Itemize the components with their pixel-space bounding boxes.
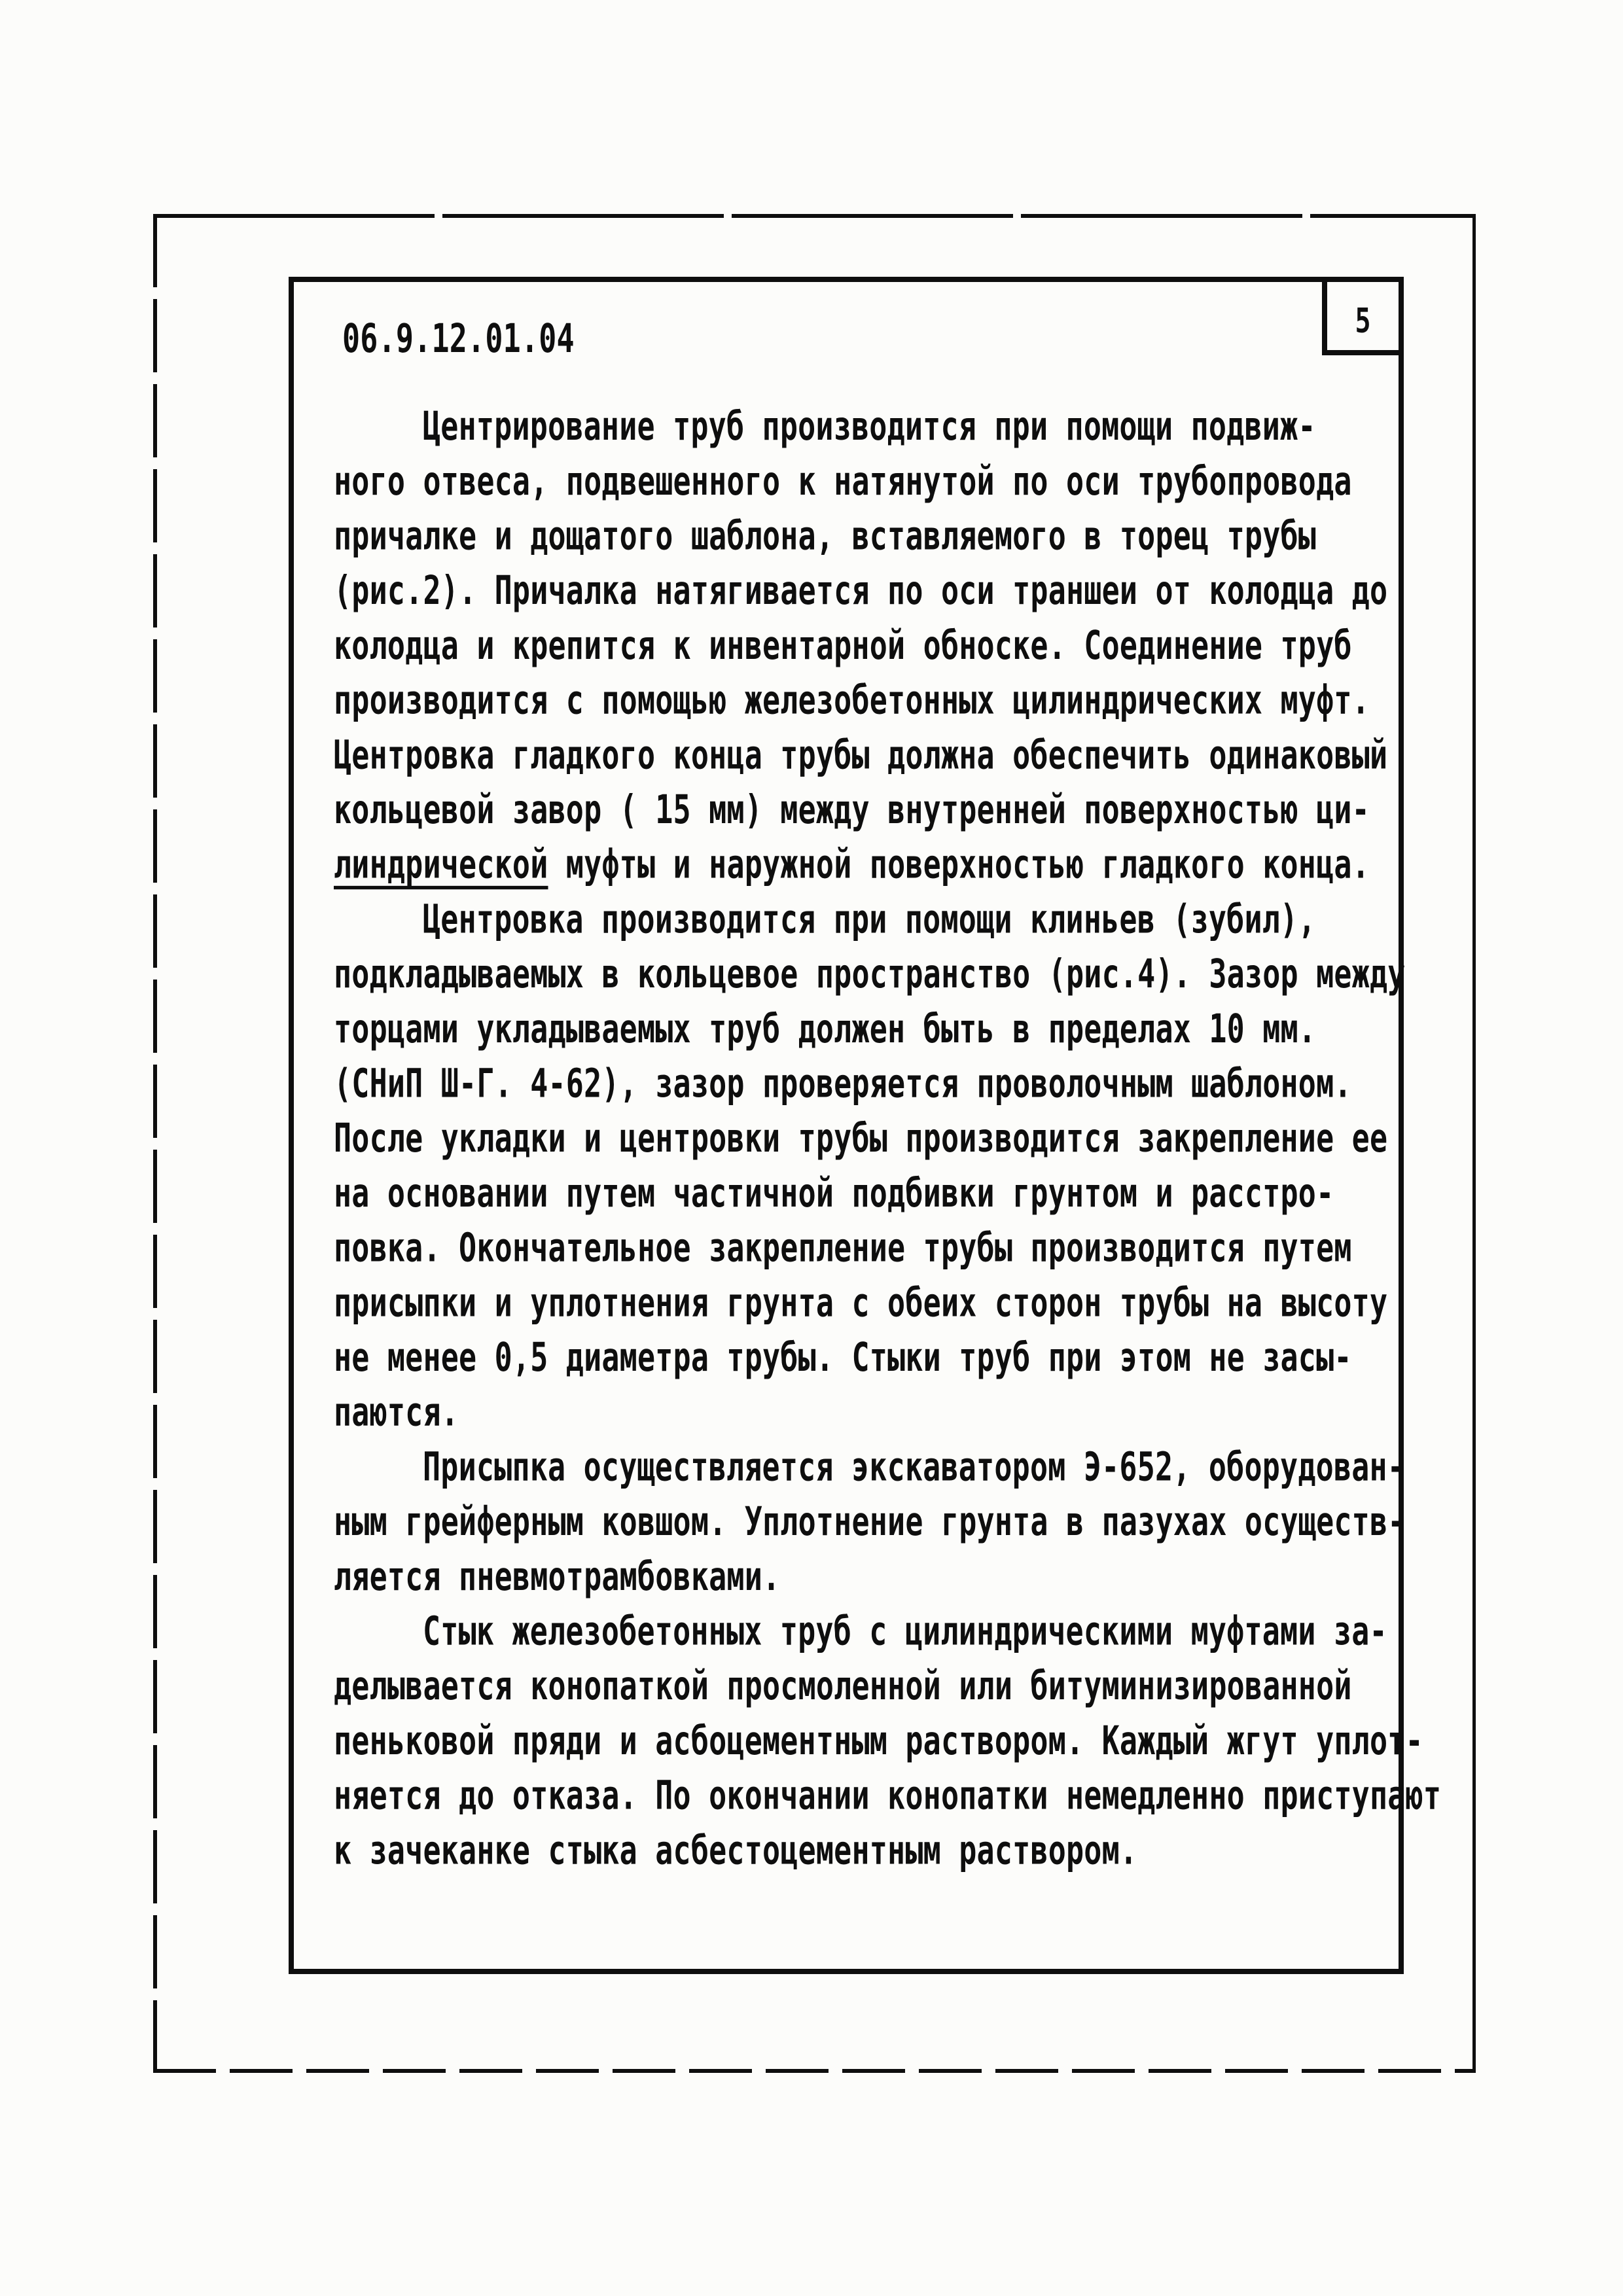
body-text: Центрирование труб производится при помо… bbox=[334, 399, 1420, 1878]
text-line: ным грейферным ковшом. Уплотнение грунта… bbox=[334, 1494, 1420, 1549]
outer-border-left bbox=[153, 214, 157, 2073]
page-number: 5 bbox=[1355, 304, 1370, 338]
text-line: (рис.2). Причалка натягивается по оси тр… bbox=[334, 563, 1420, 618]
text-line: няется до отказа. По окончании конопатки… bbox=[334, 1769, 1420, 1824]
text-line: на основании путем частичной подбивки гр… bbox=[334, 1166, 1420, 1221]
document-code: 06.9.12.01.04 bbox=[342, 311, 575, 366]
text-line: Центрирование труб производится при помо… bbox=[334, 399, 1420, 454]
outer-border-right bbox=[1472, 214, 1476, 2073]
text-line: Центровка гладкого конца трубы должна об… bbox=[334, 728, 1420, 783]
text-line: делывается конопаткой просмоленной или б… bbox=[334, 1659, 1420, 1714]
page-number-box: 5 bbox=[1322, 282, 1399, 355]
outer-border-bottom bbox=[153, 2069, 1476, 2073]
text-line: После укладки и центровки трубы производ… bbox=[334, 1111, 1420, 1166]
text-line: не менее 0,5 диаметра трубы. Стыки труб … bbox=[334, 1330, 1420, 1385]
text-line: кольцевой завор ( 15 мм) между внутренне… bbox=[334, 783, 1420, 838]
text-line: Присыпка осуществляется экскаватором Э-6… bbox=[334, 1439, 1420, 1494]
text-line: производится с помощью железобетонных ци… bbox=[334, 673, 1420, 728]
text-line: ного отвеса, подвешенного к натянутой по… bbox=[334, 454, 1420, 509]
scanned-document-page: { "colors": { "ink": "#0e0e0e", "paper":… bbox=[0, 0, 1623, 2296]
text-line: причалке и дощатого шаблона, вставляемог… bbox=[334, 508, 1420, 563]
text-line: ляется пневмотрамбовками. bbox=[334, 1549, 1420, 1604]
text-line: подкладываемых в кольцевое пространство … bbox=[334, 947, 1420, 1002]
text-line: Центровка производится при помощи клинье… bbox=[334, 892, 1420, 947]
text-line: колодца и крепится к инвентарной обноске… bbox=[334, 618, 1420, 673]
underlined-text: линдрической bbox=[334, 841, 548, 888]
text-line: торцами укладываемых труб должен быть в … bbox=[334, 1002, 1420, 1057]
text-line: пеньковой пряди и асбоцементным растворо… bbox=[334, 1714, 1420, 1769]
text-line: (СНиП Ш-Г. 4-62), зазор проверяется пров… bbox=[334, 1056, 1420, 1111]
outer-border-top bbox=[153, 214, 1476, 218]
text-line: к зачеканке стыка асбестоцементным раств… bbox=[334, 1823, 1420, 1878]
text-line: повка. Окончательное закрепление трубы п… bbox=[334, 1221, 1420, 1276]
text-line: Стык железобетонных труб с цилиндрически… bbox=[334, 1604, 1420, 1659]
text-line: линдрической муфты и наружной поверхност… bbox=[334, 838, 1420, 892]
text-line: паются. bbox=[334, 1385, 1420, 1440]
text-line: присыпки и уплотнения грунта с обеих сто… bbox=[334, 1275, 1420, 1330]
